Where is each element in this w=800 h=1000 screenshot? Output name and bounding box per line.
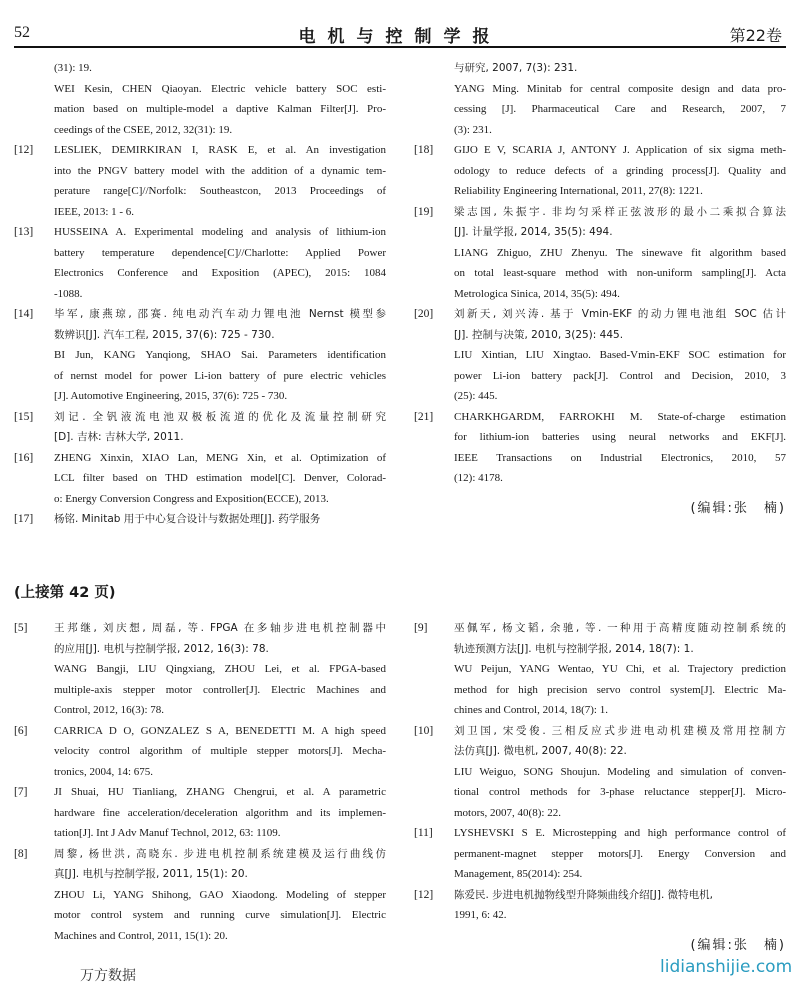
reference-line: (3): 231. xyxy=(454,120,786,141)
reference-line: ZHENG Xinxin, XIAO Lan, MENG Xin, et al.… xyxy=(54,448,386,469)
reference-line: JI Shuai, HU Tianliang, ZHANG Chengrui, … xyxy=(54,782,386,803)
reference-line: LIU Xintian, LIU Xingtao. Based-Vmin-EKF… xyxy=(454,345,786,366)
reference-entry: [12]LESLIEK, DEMIRKIRAN I, RASK E, et al… xyxy=(14,140,386,222)
reference-number: [17] xyxy=(14,509,33,530)
reference-entry: [12]陈爱民. 步进电机抛物线型升降频曲线介绍[J]. 微特电机,1991, … xyxy=(414,885,786,926)
reference-entry: [9]巫佩军, 杨文韬, 余驰, 等. 一种用于高精度随动控制系统的轨迹预测方法… xyxy=(414,618,786,721)
reference-number: [11] xyxy=(414,823,433,844)
reference-line: (25): 445. xyxy=(454,386,786,407)
reference-entry: [8]周黎, 杨世洪, 高晓东. 步进电机控制系统建模及运行曲线仿真[J]. 电… xyxy=(14,844,386,947)
reference-line: multiple-axis stepper motor controller[J… xyxy=(54,680,386,701)
reference-line: 陈爱民. 步进电机抛物线型升降频曲线介绍[J]. 微特电机, xyxy=(454,885,786,906)
reference-line: GIJO E V, SCARIA J, ANTONY J. Applicatio… xyxy=(454,140,786,161)
reference-number: [5] xyxy=(14,618,27,639)
continued-from-heading: (上接第 42 页) xyxy=(14,581,116,602)
volume-label: 第22卷 xyxy=(730,23,782,46)
reference-line: WEI Kesin, CHEN Qiaoyan. Electric vehicl… xyxy=(54,79,386,100)
reference-line: LESLIEK, DEMIRKIRAN I, RASK E, et al. An… xyxy=(54,140,386,161)
reference-line: Control, 2012, 16(3): 78. xyxy=(54,700,386,721)
reference-line: 真[J]. 电机与控制学报, 2011, 15(1): 20. xyxy=(54,864,386,885)
reference-line: 与研究, 2007, 7(3): 231. xyxy=(454,58,786,79)
reference-line: chines and Control, 2014, 18(7): 1. xyxy=(454,700,786,721)
reference-line: Reliability Engineering International, 2… xyxy=(454,181,786,202)
reference-line: battery temperature dependence[C]//Charl… xyxy=(54,243,386,264)
reference-line: WU Peijun, YANG Wentao, YU Chi, et al. T… xyxy=(454,659,786,680)
reference-line: perature range[C]//Norfolk: Southeastcon… xyxy=(54,181,386,202)
reference-line: mation based on multiple-model a daptive… xyxy=(54,99,386,120)
reference-number: [15] xyxy=(14,407,33,428)
reference-line: 数辨识[J]. 汽车工程, 2015, 37(6): 725 - 730. xyxy=(54,325,386,346)
reference-line: hardware fine acceleration/deceleration … xyxy=(54,803,386,824)
reference-line: (31): 19. xyxy=(54,58,386,79)
reference-line: odology to reduce defects of a grinding … xyxy=(454,161,786,182)
reference-entry: [10]刘卫国, 宋受俊. 三相反应式步进电动机建模及常用控制方法仿真[J]. … xyxy=(414,721,786,824)
reference-line: LIU Weiguo, SONG Shoujun. Modeling and s… xyxy=(454,762,786,783)
header-rule xyxy=(14,46,786,48)
reference-line: motors, 2007, 40(8): 22. xyxy=(454,803,786,824)
reference-number: [9] xyxy=(414,618,427,639)
reference-line: Metrologica Sinica, 2014, 35(5): 494. xyxy=(454,284,786,305)
reference-line: LCL filter based on THD estimation model… xyxy=(54,468,386,489)
journal-title: 电机与控制学报 xyxy=(14,22,786,47)
reference-entry: [16]ZHENG Xinxin, XIAO Lan, MENG Xin, et… xyxy=(14,448,386,510)
reference-line: 轨迹预测方法[J]. 电机与控制学报, 2014, 18(7): 1. xyxy=(454,639,786,660)
reference-line: of nernst model for power Li-ion battery… xyxy=(54,366,386,387)
reference-number: [7] xyxy=(14,782,27,803)
reference-continuation: 与研究, 2007, 7(3): 231.YANG Ming. Minitab … xyxy=(414,58,786,140)
reference-number: [8] xyxy=(14,844,27,865)
reference-line: method for high precision servo control … xyxy=(454,680,786,701)
reference-line: cessing [J]. Pharmaceutical Care and Res… xyxy=(454,99,786,120)
reference-line: 的应用[J]. 电机与控制学报, 2012, 16(3): 78. xyxy=(54,639,386,660)
reference-number: [12] xyxy=(414,885,433,906)
reference-number: [14] xyxy=(14,304,33,325)
reference-line: tation[J]. Int J Adv Manuf Technol, 2012… xyxy=(54,823,386,844)
editor-credit: (编辑:张 楠) xyxy=(414,936,786,957)
reference-line: LYSHEVSKI S E. Microstepping and high pe… xyxy=(454,823,786,844)
reference-line: CARRICA D O, GONZALEZ S A, BENEDETTI M. … xyxy=(54,721,386,742)
reference-entry: [20]刘新天, 刘兴涛. 基于 Vmin-EKF 的动力锂电池组 SOC 估计… xyxy=(414,304,786,407)
reference-entry: [18]GIJO E V, SCARIA J, ANTONY J. Applic… xyxy=(414,140,786,202)
reference-entry: [11]LYSHEVSKI S E. Microstepping and hig… xyxy=(414,823,786,885)
reference-line: 刘卫国, 宋受俊. 三相反应式步进电动机建模及常用控制方 xyxy=(454,721,786,742)
reference-number: [13] xyxy=(14,222,33,243)
wanfang-watermark: 万方数据 xyxy=(80,965,136,985)
site-watermark: lidianshijie.com xyxy=(660,957,792,977)
reference-line: [J]. Automotive Engineering, 2015, 37(6)… xyxy=(54,386,386,407)
reference-line: 刘记. 全钒液流电池双极板流道的优化及流量控制研究 xyxy=(54,407,386,428)
reference-number: [20] xyxy=(414,304,433,325)
reference-line: 周黎, 杨世洪, 高晓东. 步进电机控制系统建模及运行曲线仿 xyxy=(54,844,386,865)
reference-line: ZHOU Li, YANG Shihong, GAO Xiaodong. Mod… xyxy=(54,885,386,906)
reference-line: tional control methods for 3-phase reluc… xyxy=(454,782,786,803)
reference-entry: [7]JI Shuai, HU Tianliang, ZHANG Chengru… xyxy=(14,782,386,844)
reference-line: 法仿真[J]. 微电机, 2007, 40(8): 22. xyxy=(454,741,786,762)
reference-line: 毕军, 康燕琼, 邵赛. 纯电动汽车动力锂电池 Nernst 模型参 xyxy=(54,304,386,325)
reference-line: velocity control algorithm of multiple s… xyxy=(54,741,386,762)
reference-line: YANG Ming. Minitab for central composite… xyxy=(454,79,786,100)
reference-line: [J]. 控制与决策, 2010, 3(25): 445. xyxy=(454,325,786,346)
reference-number: [16] xyxy=(14,448,33,469)
reference-entry: [21]CHARKHGARDM, FARROKHI M. State-of-ch… xyxy=(414,407,786,489)
reference-number: [12] xyxy=(14,140,33,161)
reference-line: LIANG Zhiguo, ZHU Zhenyu. The sinewave f… xyxy=(454,243,786,264)
references-top-right: 与研究, 2007, 7(3): 231.YANG Ming. Minitab … xyxy=(414,58,786,519)
reference-line: [D]. 吉林: 吉林大学, 2011. xyxy=(54,427,386,448)
reference-entry: [15]刘记. 全钒液流电池双极板流道的优化及流量控制研究[D]. 吉林: 吉林… xyxy=(14,407,386,448)
editor-credit: (编辑:张 楠) xyxy=(414,499,786,520)
reference-number: [21] xyxy=(414,407,433,428)
reference-line: for lithium-ion batteries using neural n… xyxy=(454,427,786,448)
reference-line: Electronics Conference and Exposition (A… xyxy=(54,263,386,284)
reference-line: permanent-magnet stepper motors[J]. Ener… xyxy=(454,844,786,865)
page-header: 52 电机与控制学报 第22卷 xyxy=(14,0,786,47)
reference-line: into the PNGV battery model with the add… xyxy=(54,161,386,182)
reference-line: CHARKHGARDM, FARROKHI M. State-of-charge… xyxy=(454,407,786,428)
reference-entry: [17]杨铭. Minitab 用于中心复合设计与数据处理[J]. 药学服务 xyxy=(14,509,386,530)
reference-line: power Li-ion battery pack[J]. Control an… xyxy=(454,366,786,387)
reference-line: tronics, 2004, 14: 675. xyxy=(54,762,386,783)
reference-entry: [13]HUSSEINA A. Experimental modeling an… xyxy=(14,222,386,304)
reference-line: Machines and Control, 2011, 15(1): 20. xyxy=(54,926,386,947)
references-bottom-right: [9]巫佩军, 杨文韬, 余驰, 等. 一种用于高精度随动控制系统的轨迹预测方法… xyxy=(414,618,786,956)
reference-line: o: Energy Conversion Congress and Exposi… xyxy=(54,489,386,510)
reference-line: 刘新天, 刘兴涛. 基于 Vmin-EKF 的动力锂电池组 SOC 估计 xyxy=(454,304,786,325)
reference-line: 王邦继, 刘庆想, 周磊, 等. FPGA 在多轴步进电机控制器中 xyxy=(54,618,386,639)
reference-line: ceedings of the CSEE, 2012, 32(31): 19. xyxy=(54,120,386,141)
reference-number: [18] xyxy=(414,140,433,161)
reference-number: [10] xyxy=(414,721,433,742)
reference-entry: [19]梁志国, 朱振宇. 非均匀采样正弦波形的最小二乘拟合算法[J]. 计量学… xyxy=(414,202,786,305)
references-top-left: (31): 19.WEI Kesin, CHEN Qiaoyan. Electr… xyxy=(14,58,386,530)
reference-line: WANG Bangji, LIU Qingxiang, ZHOU Lei, et… xyxy=(54,659,386,680)
reference-line: IEEE Transactions on Industrial Electron… xyxy=(454,448,786,469)
reference-line: -1088. xyxy=(54,284,386,305)
reference-number: [19] xyxy=(414,202,433,223)
reference-line: (12): 4178. xyxy=(454,468,786,489)
reference-line: BI Jun, KANG Yanqiong, SHAO Sai. Paramet… xyxy=(54,345,386,366)
references-bottom-left: [5]王邦继, 刘庆想, 周磊, 等. FPGA 在多轴步进电机控制器中的应用[… xyxy=(14,618,386,946)
reference-line: 梁志国, 朱振宇. 非均匀采样正弦波形的最小二乘拟合算法 xyxy=(454,202,786,223)
reference-line: [J]. 计量学报, 2014, 35(5): 494. xyxy=(454,222,786,243)
reference-line: motor control system and running curve s… xyxy=(54,905,386,926)
reference-continuation: (31): 19.WEI Kesin, CHEN Qiaoyan. Electr… xyxy=(14,58,386,140)
reference-number: [6] xyxy=(14,721,27,742)
reference-entry: [6]CARRICA D O, GONZALEZ S A, BENEDETTI … xyxy=(14,721,386,783)
reference-line: on total least-square method with non-un… xyxy=(454,263,786,284)
reference-line: 巫佩军, 杨文韬, 余驰, 等. 一种用于高精度随动控制系统的 xyxy=(454,618,786,639)
reference-entry: [5]王邦继, 刘庆想, 周磊, 等. FPGA 在多轴步进电机控制器中的应用[… xyxy=(14,618,386,721)
reference-line: IEEE, 2013: 1 - 6. xyxy=(54,202,386,223)
reference-line: 1991, 6: 42. xyxy=(454,905,786,926)
reference-line: 杨铭. Minitab 用于中心复合设计与数据处理[J]. 药学服务 xyxy=(54,509,386,530)
reference-line: Management, 85(2014): 254. xyxy=(454,864,786,885)
reference-entry: [14]毕军, 康燕琼, 邵赛. 纯电动汽车动力锂电池 Nernst 模型参数辨… xyxy=(14,304,386,407)
reference-line: HUSSEINA A. Experimental modeling and an… xyxy=(54,222,386,243)
